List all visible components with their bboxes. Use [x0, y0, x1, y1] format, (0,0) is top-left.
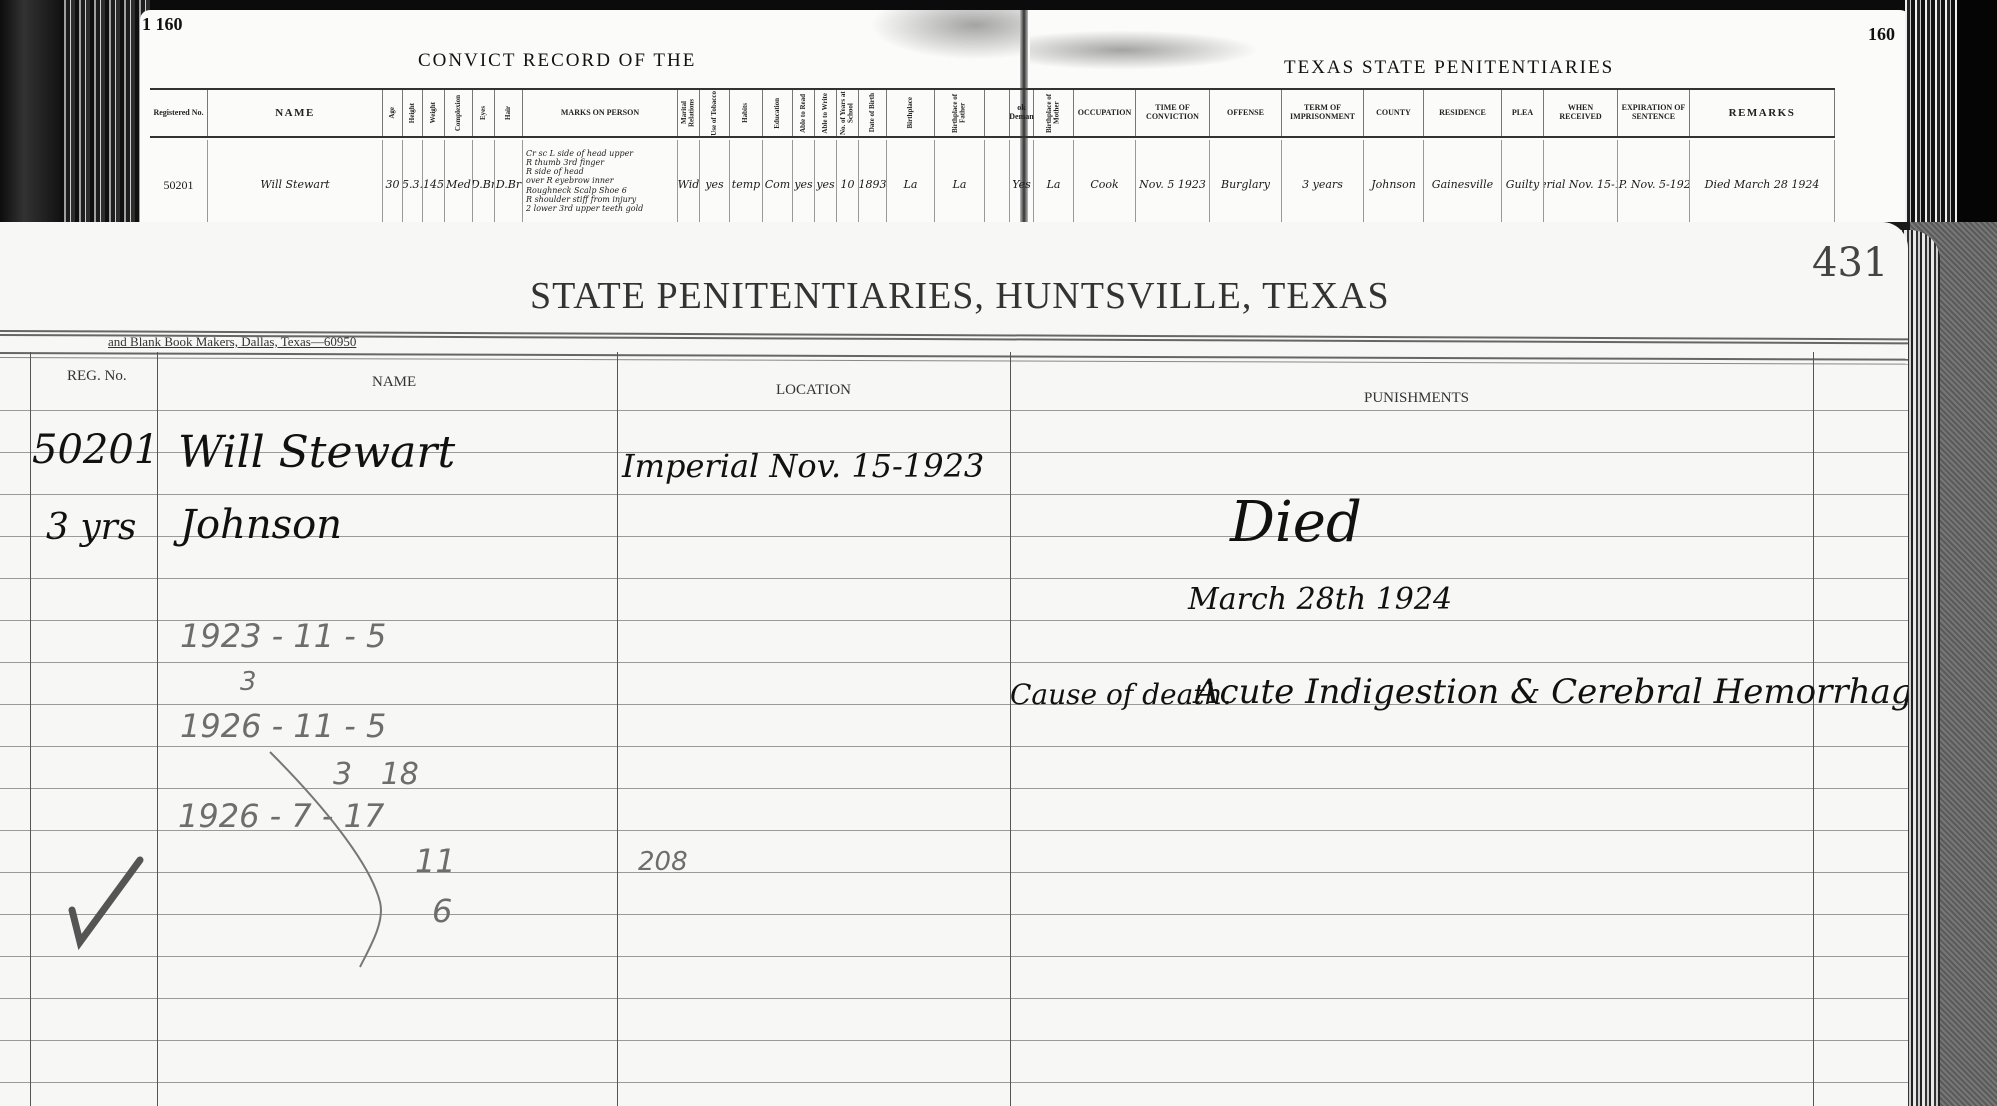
printer-imprint: and Blank Book Makers, Dallas, Texas—609…	[108, 334, 356, 350]
mark-line: R side of head	[526, 167, 584, 176]
ledger-page: 431 STATE PENITENTIARIES, HUNTSVILLE, TE…	[0, 222, 1908, 1106]
entry-death-date: March 28th 1924	[1188, 582, 1452, 617]
entry-name: Will Stewart	[178, 427, 455, 478]
book-binding-left	[0, 0, 150, 222]
column-header-education: Education	[763, 90, 793, 136]
cell-name: Will Stewart	[208, 140, 383, 222]
column-header-label: TERM OF IMPRISONMENT	[1284, 104, 1361, 122]
column-header-label: Education	[774, 98, 782, 129]
cell-complexion: Med	[445, 140, 473, 222]
column-header-received: WHEN RECEIVED	[1544, 90, 1618, 136]
mark-line: 2 lower 3rd upper teeth gold	[526, 204, 643, 213]
column-header-extra	[985, 90, 1010, 136]
cell-hair: D.Br	[495, 140, 523, 222]
page-smudge	[870, 10, 1020, 60]
book-binding-right	[1905, 0, 1997, 222]
mark-line: R shoulder stiff from injury	[526, 195, 636, 204]
column-header-label: TIME OF CONVICTION	[1138, 104, 1207, 122]
column-header-father-birthplace: Birthplace of Father	[935, 90, 985, 136]
column-header-label: Birthplace of Mother	[1046, 90, 1061, 136]
column-header-label: Registered No.	[153, 109, 203, 118]
cell-plea: Guilty	[1502, 140, 1544, 222]
entry-reg-no: 50201	[32, 427, 159, 473]
convict-record-strip: 1 160 160 CONVICT RECORD OF THE TEXAS ST…	[0, 0, 1997, 222]
cell-marital: Wid	[678, 140, 700, 222]
column-header-label: REMARKS	[1729, 107, 1796, 119]
cell-conviction: Nov. 5 1923	[1136, 140, 1210, 222]
cell-county: Johnson	[1364, 140, 1424, 222]
column-header-height: Height	[403, 90, 423, 136]
column-divider	[1010, 352, 1011, 1106]
entry-died: Died	[1230, 490, 1362, 555]
column-header-expiration: EXPIRATION OF SENTENCE	[1618, 90, 1690, 136]
column-header-age: Age	[383, 90, 403, 136]
mark-line: R thumb 3rd finger	[526, 158, 604, 167]
cell-education: Com	[763, 140, 793, 222]
column-header-label: Marital Relations	[681, 90, 696, 136]
ruled-line	[0, 662, 1908, 663]
column-header-school-years: No. of Years at School	[837, 90, 859, 136]
header-rule	[0, 352, 1908, 365]
column-header-label: Weight	[430, 102, 438, 123]
column-header-label: EXPIRATION OF SENTENCE	[1620, 104, 1687, 122]
pencil-calc-line: 3	[240, 667, 257, 697]
cell-write: yes	[815, 140, 837, 222]
column-header-marks: MARKS ON PERSON	[523, 90, 678, 136]
column-header-label: Use of Tobacco	[711, 91, 719, 136]
column-header-label: Age	[389, 107, 397, 119]
pencil-calc-line: 11	[415, 842, 456, 880]
column-header-label: OCCUPATION	[1078, 109, 1131, 118]
column-divider	[617, 352, 618, 1106]
mark-line: Roughneck Scalp Shoe 6	[526, 186, 627, 195]
location-pencil-note: 208	[638, 847, 688, 877]
column-divider	[1813, 352, 1814, 1106]
column-header-label: Date of Birth	[869, 93, 877, 132]
cell-birthplace: La	[887, 140, 935, 222]
mark-line: over R eyebrow inner	[526, 176, 614, 185]
cell-eyes: D.Br	[473, 140, 495, 222]
ruled-line	[0, 494, 1908, 495]
entry-county: Johnson	[180, 502, 342, 548]
column-header-term: TERM OF IMPRISONMENT	[1282, 90, 1364, 136]
column-header-label: OFFENSE	[1227, 109, 1264, 118]
column-header-occupation: OCCUPATION	[1074, 90, 1136, 136]
column-header-mother-birthplace: Birthplace of Mother	[1034, 90, 1074, 136]
cell-habits: temp	[730, 140, 763, 222]
entry-location: Imperial Nov. 15-1923	[622, 447, 984, 485]
checkmark-icon	[66, 850, 146, 950]
column-header-tobacco: Use of Tobacco	[700, 90, 730, 136]
column-header-label: Eyes	[480, 106, 488, 120]
column-header-punishments: PUNISHMENTS	[1364, 390, 1469, 407]
page-number-right: 160	[1868, 24, 1895, 45]
column-header-label: Hair	[505, 106, 513, 120]
column-header-plea: PLEA	[1502, 90, 1544, 136]
record-data-row: 50201Will Stewart305.3.145MedD.BrD.BrCr …	[150, 140, 1835, 222]
column-header-label: Able to Write	[822, 93, 830, 134]
ruled-line	[0, 1082, 1908, 1083]
record-header-row: Registered No.NAMEAgeHeightWeightComplex…	[150, 88, 1835, 138]
column-header-conviction: TIME OF CONVICTION	[1136, 90, 1210, 136]
column-header-offense: OFFENSE	[1210, 90, 1282, 136]
page-title: STATE PENITENTIARIES, HUNTSVILLE, TEXAS	[530, 274, 1390, 318]
cell-mother-birthplace: La	[1034, 140, 1074, 222]
column-header-label: No. of Years at School	[840, 90, 855, 136]
page-number: 431	[1812, 240, 1888, 286]
cell-age: 30	[383, 140, 403, 222]
column-header-marital: Marital Relations	[678, 90, 700, 136]
cell-remarks: Died March 28 1924	[1690, 140, 1835, 222]
record-title-right: TEXAS STATE PENITENTIARIES	[1284, 57, 1614, 79]
column-header-read: Able to Read	[793, 90, 815, 136]
entry-term: 3 yrs	[46, 507, 136, 548]
cell-tobacco: yes	[700, 140, 730, 222]
column-header-weight: Weight	[423, 90, 445, 136]
column-header-county: COUNTY	[1364, 90, 1424, 136]
column-header-label: RESIDENCE	[1439, 109, 1486, 118]
pencil-bracket-mark	[260, 742, 420, 972]
column-header-name: NAME	[208, 90, 383, 136]
pencil-calc-line: 1923 - 11 - 5	[180, 617, 386, 655]
ruled-line	[0, 410, 1908, 411]
column-header-location: LOCATION	[776, 382, 851, 399]
column-header-label: Birthplace of Father	[952, 90, 967, 136]
cell-dob: 1893	[859, 140, 887, 222]
cell-reg: 50201	[150, 140, 208, 222]
column-header-label: WHEN RECEIVED	[1546, 104, 1615, 122]
cell-occupation: Cook	[1074, 140, 1136, 222]
column-header-label: Complexion	[455, 95, 463, 131]
column-header-dob: Date of Birth	[859, 90, 887, 136]
mark-line: Cr sc L side of head upper	[526, 149, 633, 158]
column-header-label: NAME	[275, 107, 315, 119]
page-number-left: 1 160	[142, 14, 183, 35]
column-header-complexion: Complexion	[445, 90, 473, 136]
column-header-residence: RESIDENCE	[1424, 90, 1502, 136]
cell-offense: Burglary	[1210, 140, 1282, 222]
column-header-reg: REG. No.	[67, 368, 127, 385]
ruled-line	[0, 998, 1908, 999]
huntsville-ledger: 431 STATE PENITENTIARIES, HUNTSVILLE, TE…	[0, 222, 1997, 1106]
record-title-left: CONVICT RECORD OF THE	[418, 50, 696, 72]
column-header-habits: Habits	[730, 90, 763, 136]
pencil-calc-line: 6	[432, 892, 452, 930]
ruled-line	[0, 1040, 1908, 1041]
column-header-reg: Registered No.	[150, 90, 208, 136]
pencil-calc-line: 1926 - 11 - 5	[180, 707, 386, 745]
column-header-label: PLEA	[1512, 109, 1533, 118]
cell-weight: 145	[423, 140, 445, 222]
ruled-line	[0, 578, 1908, 579]
column-divider	[30, 352, 31, 1106]
column-header-eyes: Eyes	[473, 90, 495, 136]
cell-marks: Cr sc L side of head upperR thumb 3rd fi…	[523, 140, 678, 222]
cell-term: 3 years	[1282, 140, 1364, 222]
cell-read: yes	[793, 140, 815, 222]
column-header-label: Height	[409, 103, 417, 123]
cell-height: 5.3.	[403, 140, 423, 222]
cell-expiration: F.P. Nov. 5-1926	[1618, 140, 1690, 222]
cell-ok-deman: Yes	[1010, 140, 1034, 222]
column-header-write: Able to Write	[815, 90, 837, 136]
column-header-label: COUNTY	[1376, 109, 1411, 118]
column-header-ok-deman: ok Deman	[1010, 90, 1034, 136]
cell-residence: Gainesville	[1424, 140, 1502, 222]
column-header-label: MARKS ON PERSON	[561, 109, 639, 118]
column-header-label: Birthplace	[907, 97, 915, 129]
cell-extra	[985, 140, 1010, 222]
page-smudge	[1030, 30, 1260, 70]
column-header-birthplace: Birthplace	[887, 90, 935, 136]
column-header-label: ok Deman	[1009, 104, 1033, 122]
column-header-label: Able to Read	[800, 94, 808, 133]
column-header-remarks: REMARKS	[1690, 90, 1835, 136]
column-header-label: Habits	[742, 103, 750, 123]
cell-father-birthplace: La	[935, 140, 985, 222]
column-header-hair: Hair	[495, 90, 523, 136]
entry-cause-of-death: Acute Indigestion & Cerebral Hemorrhage	[1195, 672, 1908, 712]
column-header-name: NAME	[372, 374, 416, 391]
cell-school-years: 10	[837, 140, 859, 222]
cell-received: Imperial Nov. 15-1923	[1544, 140, 1618, 222]
